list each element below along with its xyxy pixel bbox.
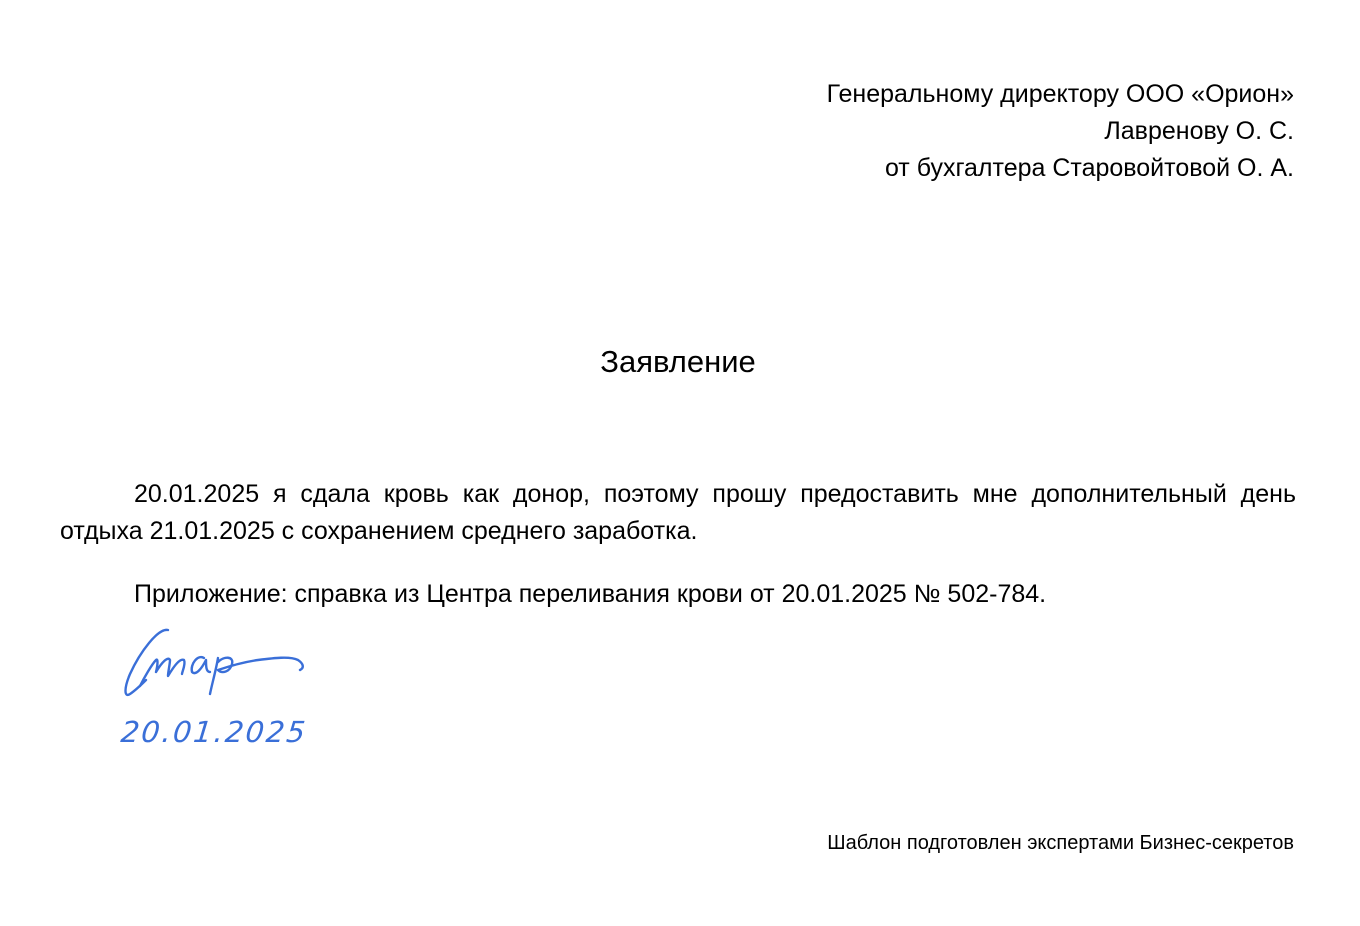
statement-body: 20.01.2025 я сдала кровь как донор, поэт… <box>60 476 1296 550</box>
template-credit: Шаблон подготовлен экспертами Бизнес-сек… <box>827 828 1294 858</box>
addressee-name: Лавренову О. С. <box>827 113 1294 150</box>
addressee-block: Генеральному директору ООО «Орион» Лавре… <box>827 76 1294 187</box>
document-title: Заявление <box>0 342 1356 382</box>
signature-icon <box>118 624 308 704</box>
attachment-line: Приложение: справка из Центра переливани… <box>134 576 1046 613</box>
sender-line: от бухгалтера Старовойтовой О. А. <box>827 150 1294 187</box>
addressee-position: Генеральному директору ООО «Орион» <box>827 76 1294 113</box>
handwritten-date: 20.01.2025 <box>119 712 309 752</box>
